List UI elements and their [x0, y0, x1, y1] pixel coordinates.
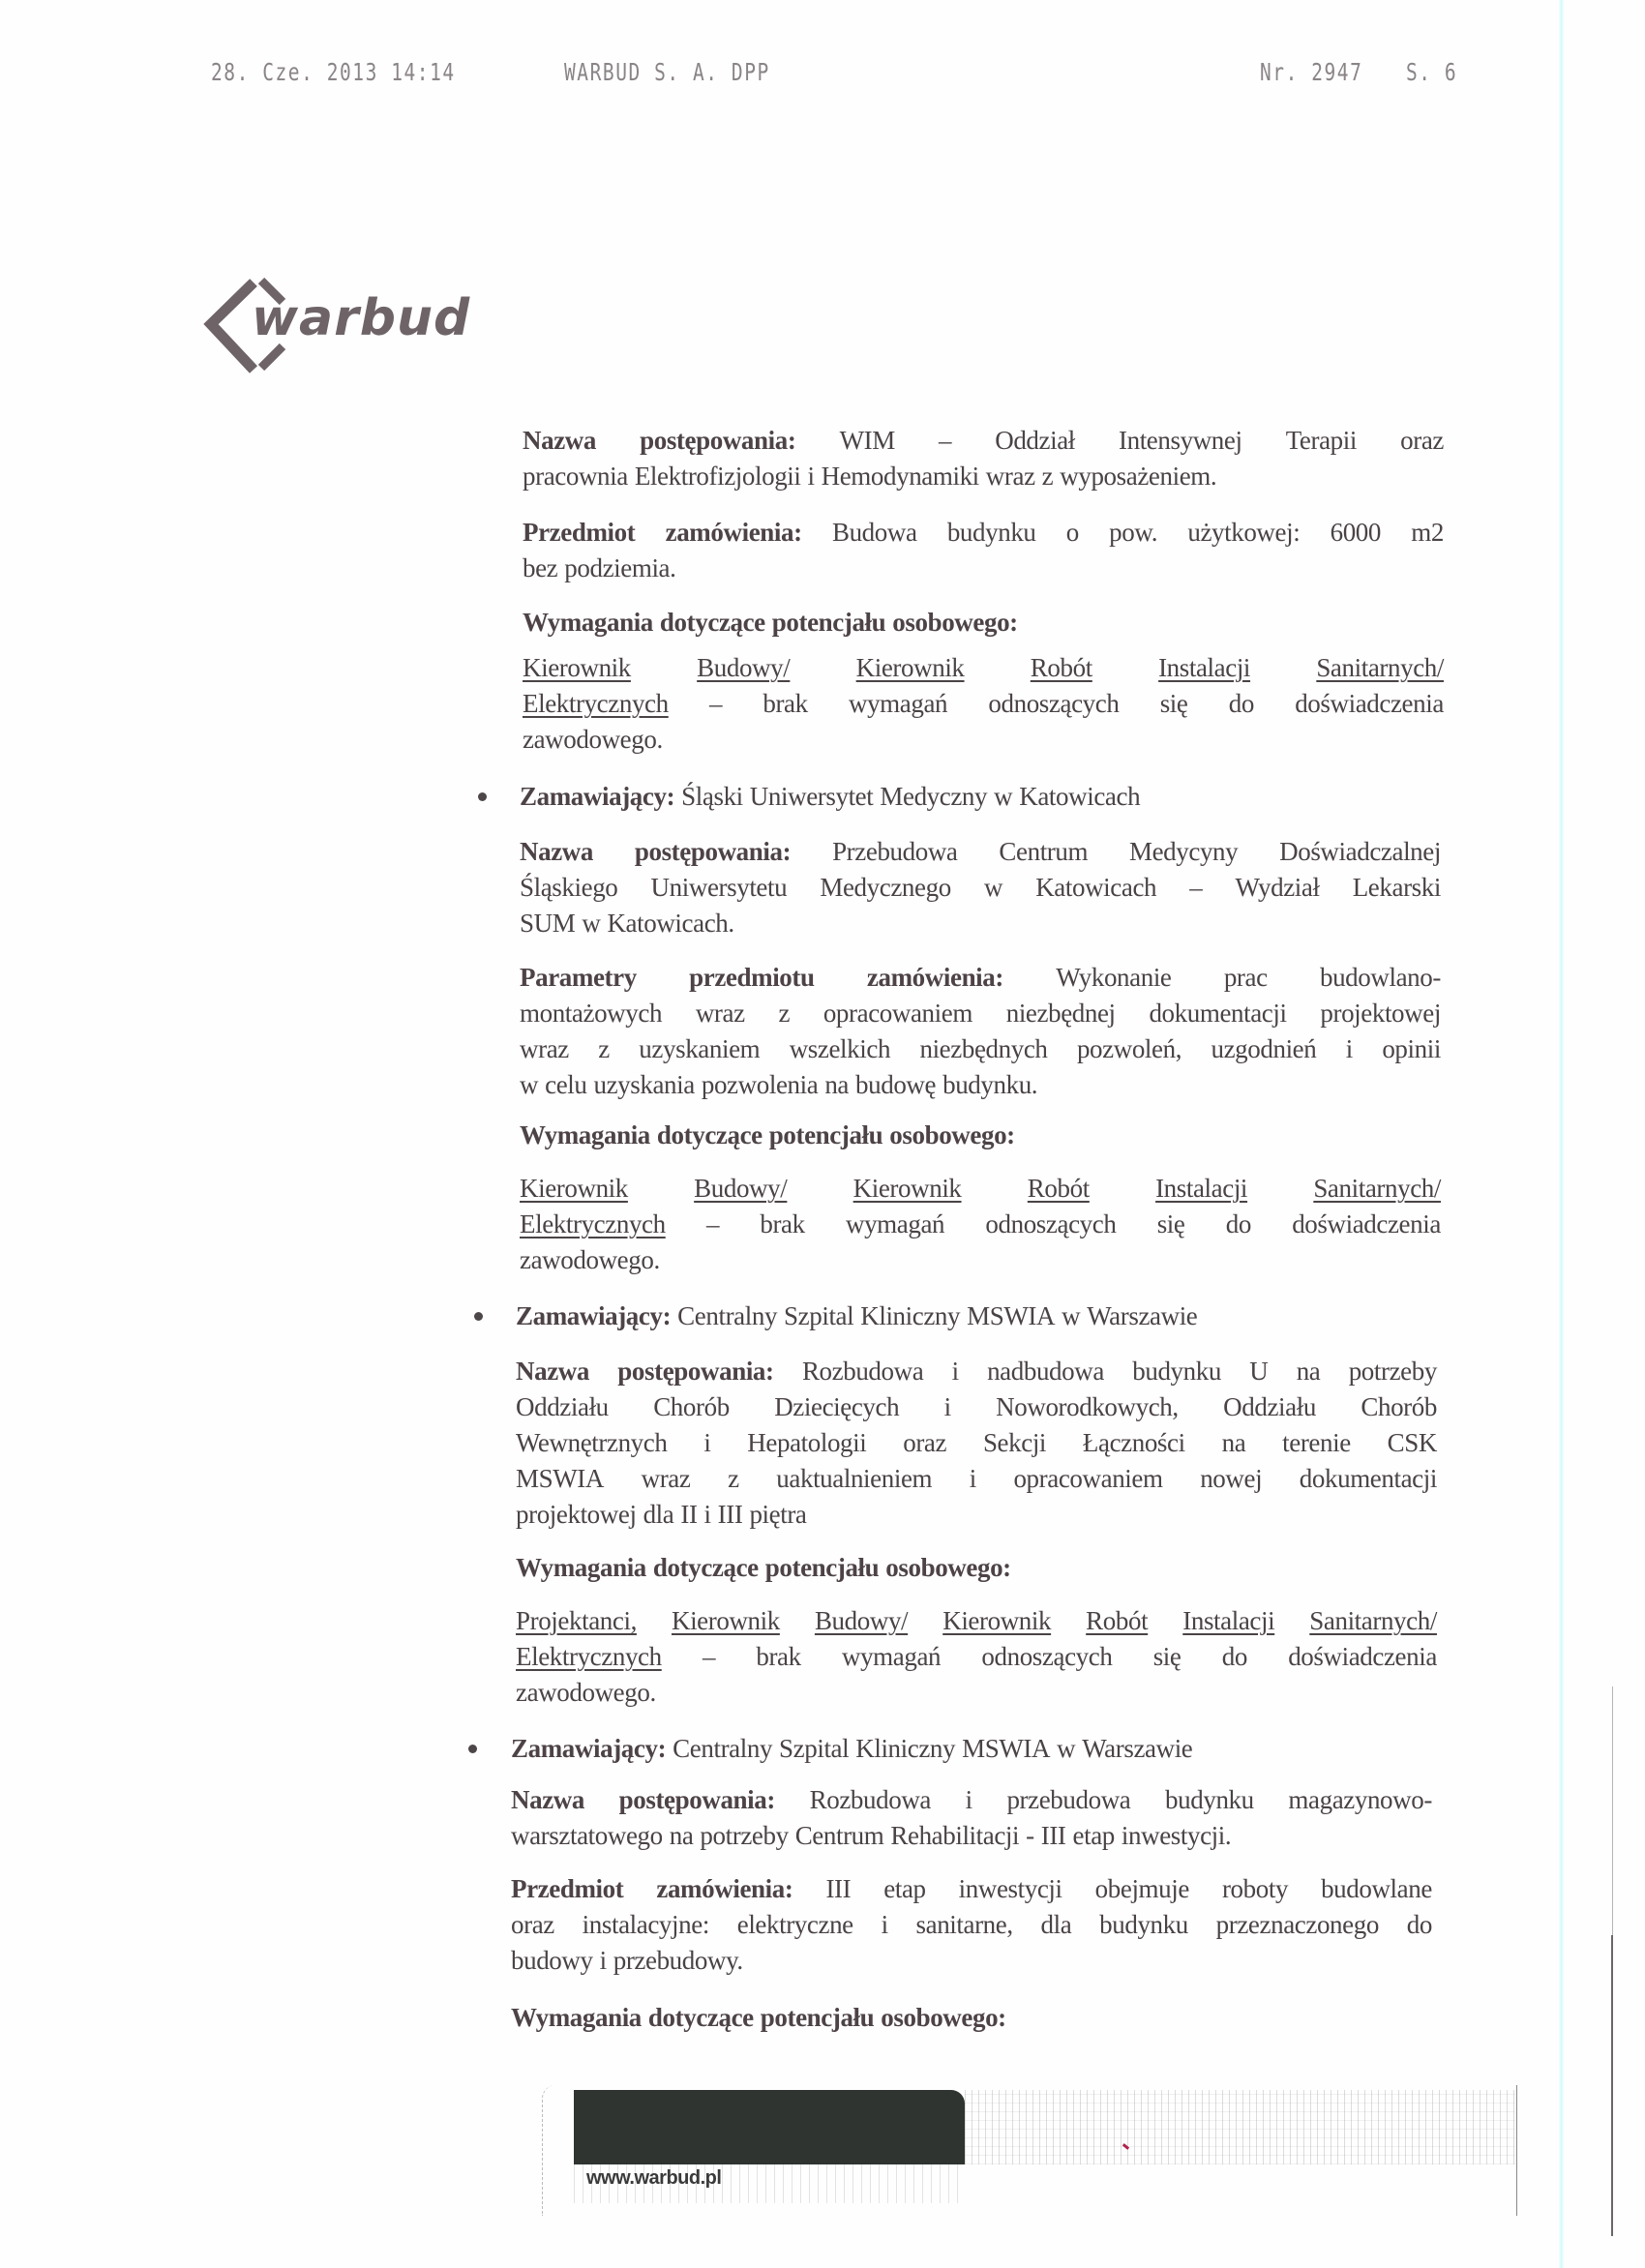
field-label: Wymagania: [520, 1118, 650, 1153]
text-word: Centralny: [673, 1731, 772, 1767]
field-label: zamówienia:: [666, 515, 802, 551]
text-line: budowyiprzebudowy.: [511, 1943, 1432, 1979]
text-word: Przebudowa: [832, 834, 957, 870]
paragraph: Wymaganiadotyczącepotencjałuosobowego:: [511, 2000, 1432, 2036]
text-word: oraz: [511, 1907, 554, 1943]
text-word: etap: [883, 1871, 925, 1907]
field-label: postępowania:: [617, 1354, 773, 1389]
text-word: instalacyjne:: [583, 1907, 709, 1943]
field-label: Parametry: [520, 960, 637, 996]
text-word: dokumentacji: [1149, 996, 1286, 1031]
field-label: dotyczące: [657, 1118, 763, 1153]
paragraph: Zamawiający:ŚląskiUniwersytetMedycznywKa…: [520, 779, 1441, 815]
text-word: Śląski: [681, 779, 743, 815]
bullet-icon: [474, 1312, 483, 1321]
text-word: Chorób: [653, 1389, 730, 1425]
text-word: nowej: [1200, 1461, 1262, 1497]
text-word: opinii: [1382, 1031, 1441, 1067]
field-label: osobowego:: [885, 1550, 1011, 1586]
role-name: Elektrycznych: [516, 1639, 662, 1675]
text-line: Nazwapostępowania:Rozbudowaiprzebudowabu…: [511, 1782, 1432, 1818]
text-word: III: [718, 1497, 743, 1533]
footer-url[interactable]: www.warbud.pl: [586, 2167, 721, 2190]
text-word: w: [520, 1067, 538, 1103]
text-word: Oddziału: [1223, 1389, 1316, 1425]
text-word: projektowej: [1320, 996, 1441, 1031]
text-line: zawodowego.: [523, 722, 1444, 758]
text-word: Szpital: [784, 1298, 853, 1334]
text-line: Wymaganiadotyczącepotencjałuosobowego:: [511, 2000, 1432, 2036]
text-line: Zamawiający:CentralnySzpitalKlinicznyMSW…: [516, 1298, 1437, 1334]
text-word: –: [706, 1207, 719, 1242]
text-word: Uniwersytet: [750, 779, 874, 815]
text-word: pozwoleń,: [1077, 1031, 1181, 1067]
field-label: Nazwa: [516, 1354, 589, 1389]
text-word: –: [703, 1639, 715, 1675]
field-label: osobowego:: [881, 2000, 1006, 2036]
text-word: uzgodnień: [1211, 1031, 1317, 1067]
field-label: postępowania:: [640, 423, 795, 459]
text-word: w: [984, 870, 1002, 906]
text-word: Medycyny: [1129, 834, 1238, 870]
text-word: wyposażeniem.: [1060, 459, 1216, 494]
text-word: potrzeby: [1349, 1354, 1437, 1389]
text-word: dla: [643, 1497, 674, 1533]
text-word: Dziecięcych: [774, 1389, 899, 1425]
text-word: wszelkich: [790, 1031, 890, 1067]
text-word: obejmuje: [1095, 1871, 1189, 1907]
text-word: Oddziału: [516, 1389, 609, 1425]
text-word: Rozbudowa: [810, 1782, 931, 1818]
logo-wordmark: warbud: [252, 289, 470, 347]
text-word: Szpital: [779, 1731, 849, 1767]
text-word: na: [670, 1818, 694, 1854]
text-line: Nazwapostępowania:PrzebudowaCentrumMedyc…: [520, 834, 1441, 870]
paragraph: Wymaganiadotyczącepotencjałuosobowego:: [523, 605, 1444, 641]
text-word: z: [598, 1031, 610, 1067]
text-word: Centrum: [795, 1818, 884, 1854]
text-word: wraz: [986, 459, 1035, 494]
text-word: z: [728, 1461, 739, 1497]
role-name: Sanitarnych/: [1309, 1603, 1437, 1639]
text-word: –: [1189, 870, 1202, 906]
text-word: Doświadczalnej: [1279, 834, 1441, 870]
text-word: WIM: [840, 423, 895, 459]
text-word: do: [1407, 1907, 1432, 1943]
paragraph: Przedmiotzamówienia:Budowabudynkuopow.uż…: [523, 515, 1444, 586]
text-word: o: [1066, 515, 1079, 551]
text-word: odnoszących: [981, 1639, 1112, 1675]
text-word: z: [778, 996, 790, 1031]
text-word: magazynowo-: [1288, 1782, 1432, 1818]
text-word: prac: [1224, 960, 1268, 996]
text-word: Katowicach.: [607, 906, 733, 941]
text-word: zawodowego.: [523, 722, 663, 758]
text-word: montażowych: [520, 996, 662, 1031]
text-word: się: [1153, 1639, 1181, 1675]
text-word: Noworodkowych,: [996, 1389, 1179, 1425]
text-word: –: [709, 686, 722, 722]
text-word: i: [600, 1943, 607, 1979]
field-label: przedmiotu: [689, 960, 814, 996]
text-word: budowy: [511, 1943, 593, 1979]
role-name: Budowy/: [694, 1171, 787, 1207]
text-line: wrazzuzyskaniemwszelkichniezbędnychpozwo…: [520, 1031, 1441, 1067]
text-word: dokumentacji: [1300, 1461, 1437, 1497]
text-word: II: [680, 1497, 697, 1533]
text-word: Elektrofizjologii: [635, 459, 801, 494]
field-label: potencjału: [765, 1550, 880, 1586]
role-name: Kierownik: [853, 1171, 962, 1207]
margin-rule-bold: [1611, 1935, 1613, 2236]
text-word: opracowaniem: [823, 996, 972, 1031]
text-line: WewnętrznychiHepatologiiorazSekcjiŁączno…: [516, 1425, 1437, 1461]
text-line: OddziałuChoróbDziecięcychiNoworodkowych,…: [516, 1389, 1437, 1425]
field-label: Przedmiot: [511, 1871, 623, 1907]
text-line: Wymaganiadotyczącepotencjałuosobowego:: [520, 1118, 1441, 1153]
text-word: użytkowej:: [1187, 515, 1300, 551]
field-label: Przedmiot: [523, 515, 635, 551]
paragraph: Projektanci,KierownikBudowy/KierownikRob…: [516, 1603, 1437, 1711]
text-word: brak: [756, 1639, 800, 1675]
paragraph: Nazwapostępowania:Rozbudowaiprzebudowabu…: [511, 1782, 1432, 1854]
text-line: Parametryprzedmiotuzamówienia:Wykonaniep…: [520, 960, 1441, 996]
warbud-logo: warbud: [203, 273, 493, 379]
text-word: Kliniczny: [860, 1298, 960, 1334]
text-word: budynku: [947, 515, 1036, 551]
text-word: inwestycji.: [1122, 1818, 1231, 1854]
text-word: Centrum: [999, 834, 1088, 870]
text-word: niezbędnych: [919, 1031, 1047, 1067]
text-line: Elektrycznych–brakwymagańodnoszącychsięd…: [516, 1639, 1437, 1675]
text-line: Nazwapostępowania:WIM–OddziałIntensywnej…: [523, 423, 1444, 459]
text-word: odnoszących: [985, 1207, 1116, 1242]
text-line: Projektanci,KierownikBudowy/KierownikRob…: [516, 1603, 1437, 1639]
text-word: podziemia.: [564, 551, 675, 586]
text-line: zawodowego.: [520, 1242, 1441, 1278]
field-label: zamówienia:: [867, 960, 1003, 996]
text-word: brak: [763, 686, 807, 722]
text-word: m2: [1411, 515, 1444, 551]
text-line: bezpodziemia.: [523, 551, 1444, 586]
text-word: projektowej: [516, 1497, 637, 1533]
role-name: Elektrycznych: [520, 1207, 666, 1242]
role-name: Instalacji: [1158, 650, 1250, 686]
text-word: Hemodynamiki: [822, 459, 979, 494]
text-word: Terapii: [1286, 423, 1357, 459]
text-word: Warszawie: [1087, 1298, 1197, 1334]
paragraph: Zamawiający:CentralnySzpitalKlinicznyMSW…: [511, 1731, 1432, 1767]
field-label: Zamawiający:: [511, 1731, 666, 1767]
role-name: Projektanci,: [516, 1603, 637, 1639]
text-word: uzyskania: [593, 1067, 694, 1103]
text-line: Przedmiotzamówienia:IIIetapinwestycjiobe…: [511, 1871, 1432, 1907]
field-label: Zamawiający:: [516, 1298, 671, 1334]
text-word: piętra: [749, 1497, 806, 1533]
text-word: -: [1026, 1818, 1034, 1854]
text-word: Łączności: [1083, 1425, 1185, 1461]
text-word: zawodowego.: [520, 1242, 660, 1278]
text-word: do: [1226, 1207, 1251, 1242]
text-word: 6000: [1331, 515, 1381, 551]
text-word: Sekcji: [983, 1425, 1046, 1461]
field-label: Nazwa: [511, 1782, 584, 1818]
paragraph: Wymaganiadotyczącepotencjałuosobowego:: [520, 1118, 1441, 1153]
text-word: opracowaniem: [1013, 1461, 1162, 1497]
text-word: zawodowego.: [516, 1675, 656, 1711]
text-word: w: [994, 779, 1012, 815]
text-word: oraz: [903, 1425, 946, 1461]
text-word: i: [882, 1907, 888, 1943]
paragraph: Nazwapostępowania:PrzebudowaCentrumMedyc…: [520, 834, 1441, 941]
text-line: Zamawiający:ŚląskiUniwersytetMedycznywKa…: [520, 779, 1441, 815]
text-word: i: [808, 459, 815, 494]
text-word: w: [582, 906, 600, 941]
text-word: Chorób: [1361, 1389, 1437, 1425]
text-word: na: [1222, 1425, 1246, 1461]
text-word: doświadczenia: [1295, 686, 1444, 722]
footer-banner: [574, 2090, 965, 2164]
text-word: budynku: [1165, 1782, 1254, 1818]
text-word: Wydział: [1236, 870, 1320, 906]
text-word: budynku.: [942, 1067, 1037, 1103]
paragraph: Nazwapostępowania:WIM–OddziałIntensywnej…: [523, 423, 1444, 494]
text-word: doświadczenia: [1292, 1207, 1441, 1242]
text-word: inwestycji: [959, 1871, 1062, 1907]
text-word: etap: [1073, 1818, 1115, 1854]
text-word: odnoszących: [988, 686, 1119, 722]
text-word: elektryczne: [737, 1907, 853, 1943]
text-line: Zamawiający:CentralnySzpitalKlinicznyMSW…: [511, 1731, 1432, 1767]
text-line: Elektrycznych–brakwymagańodnoszącychsięd…: [523, 686, 1444, 722]
text-word: budowlane: [1321, 1871, 1432, 1907]
paragraph: Parametryprzedmiotuzamówienia:Wykonaniep…: [520, 960, 1441, 1103]
text-word: Centralny: [677, 1298, 777, 1334]
scan-edge-line: [1559, 0, 1564, 2268]
text-word: III: [825, 1871, 851, 1907]
text-word: i: [703, 1425, 710, 1461]
role-name: Budowy/: [697, 650, 790, 686]
text-word: pow.: [1109, 515, 1157, 551]
fax-page: S. 6: [1406, 58, 1457, 87]
text-line: Elektrycznych–brakwymagańodnoszącychsięd…: [520, 1207, 1441, 1242]
field-label: postępowania:: [635, 834, 791, 870]
text-word: Śląskiego: [520, 870, 617, 906]
text-word: w: [1057, 1731, 1075, 1767]
text-word: Lekarski: [1353, 870, 1441, 906]
text-word: i: [966, 1782, 972, 1818]
role-name: Sanitarnych/: [1313, 1171, 1441, 1207]
paragraph: Nazwapostępowania:Rozbudowainadbudowabud…: [516, 1354, 1437, 1533]
text-word: się: [1160, 686, 1188, 722]
field-label: dotyczące: [660, 605, 765, 641]
text-word: wymagań: [846, 1207, 944, 1242]
field-label: osobowego:: [889, 1118, 1015, 1153]
text-word: SUM: [520, 906, 575, 941]
text-word: sanitarne,: [916, 1907, 1013, 1943]
paragraph: KierownikBudowy/KierownikRobótInstalacji…: [520, 1171, 1441, 1278]
text-word: do: [1229, 686, 1254, 722]
text-word: terenie: [1282, 1425, 1351, 1461]
text-word: Rehabilitacji: [890, 1818, 1019, 1854]
role-name: Robót: [1028, 1171, 1090, 1207]
text-word: Rozbudowa: [802, 1354, 923, 1389]
role-name: Sanitarnych/: [1316, 650, 1444, 686]
text-word: Wykonanie: [1056, 960, 1171, 996]
text-word: MSWIA: [516, 1461, 604, 1497]
field-label: osobowego:: [892, 605, 1018, 641]
text-word: budowę: [855, 1067, 936, 1103]
text-line: orazinstalacyjne:elektryczneisanitarne,d…: [511, 1907, 1432, 1943]
field-label: dotyczące: [648, 2000, 754, 2036]
text-line: MSWIAwrazzuaktualnieniemiopracowaniemnow…: [516, 1461, 1437, 1497]
role-name: Kierownik: [520, 1171, 628, 1207]
text-word: Budowa: [832, 515, 917, 551]
role-name: Instalacji: [1182, 1603, 1274, 1639]
text-word: Uniwersytetu: [651, 870, 788, 906]
text-line: pracowniaElektrofizjologiiiHemodynamikiw…: [523, 459, 1444, 494]
field-label: Nazwa: [520, 834, 593, 870]
text-word: pozwolenia: [702, 1067, 818, 1103]
field-label: potencjału: [761, 2000, 875, 2036]
text-word: MSWIA: [967, 1298, 1055, 1334]
text-line: KierownikBudowy/KierownikRobótInstalacji…: [520, 1171, 1441, 1207]
field-label: Wymagania: [523, 605, 653, 641]
field-label: postępowania:: [619, 1782, 775, 1818]
role-name: Kierownik: [942, 1603, 1051, 1639]
text-word: na: [824, 1067, 849, 1103]
text-word: budynku: [1099, 1907, 1188, 1943]
role-name: Robót: [1031, 650, 1092, 686]
field-label: Nazwa: [523, 423, 596, 459]
role-name: Instalacji: [1155, 1171, 1247, 1207]
text-word: uzyskaniem: [639, 1031, 760, 1067]
margin-rule: [1612, 1686, 1613, 1935]
text-line: warsztatowegonapotrzebyCentrumRehabilita…: [511, 1818, 1432, 1854]
text-word: warsztatowego: [511, 1818, 663, 1854]
text-word: Hepatologii: [747, 1425, 866, 1461]
fax-number: Nr. 2947: [1260, 58, 1362, 87]
text-word: roboty: [1222, 1871, 1288, 1907]
paragraph: Zamawiający:CentralnySzpitalKlinicznyMSW…: [516, 1298, 1437, 1334]
text-word: na: [1297, 1354, 1321, 1389]
text-line: Przedmiotzamówienia:Budowabudynkuopow.uż…: [523, 515, 1444, 551]
text-word: brak: [760, 1207, 804, 1242]
text-word: bez: [523, 551, 557, 586]
text-word: Intensywnej: [1119, 423, 1242, 459]
paragraph: Przedmiotzamówienia:IIIetapinwestycjiobe…: [511, 1871, 1432, 1979]
text-word: uaktualnieniem: [776, 1461, 932, 1497]
role-name: Kierownik: [856, 650, 965, 686]
text-word: wymagań: [849, 686, 947, 722]
text-word: budowlano-: [1320, 960, 1441, 996]
field-label: potencjału: [769, 1118, 883, 1153]
role-name: Kierownik: [672, 1603, 780, 1639]
text-word: wraz: [642, 1461, 691, 1497]
text-word: i: [970, 1461, 976, 1497]
text-line: wceluuzyskaniapozwolenianabudowębudynku.: [520, 1067, 1441, 1103]
text-word: przeznaczonego: [1216, 1907, 1379, 1943]
text-word: i: [704, 1497, 711, 1533]
text-word: przebudowa: [1006, 1782, 1130, 1818]
text-word: U: [1249, 1354, 1268, 1389]
text-word: Katowicach: [1019, 779, 1140, 815]
text-line: KierownikBudowy/KierownikRobótInstalacji…: [523, 650, 1444, 686]
text-word: celu: [545, 1067, 586, 1103]
text-word: III: [1041, 1818, 1066, 1854]
text-word: –: [939, 423, 951, 459]
text-word: przebudowy.: [613, 1943, 743, 1979]
text-word: i: [1346, 1031, 1353, 1067]
text-word: Katowicach: [1035, 870, 1156, 906]
text-word: niezbędnej: [1006, 996, 1116, 1031]
text-word: do: [1222, 1639, 1247, 1675]
footer-scan-noise: [965, 2090, 1515, 2164]
text-word: i: [944, 1389, 951, 1425]
text-line: ŚląskiegoUniwersytetuMedycznegowKatowica…: [520, 870, 1441, 906]
text-word: Wewnętrznych: [516, 1425, 667, 1461]
field-label: zamówienia:: [656, 1871, 793, 1907]
paragraph: Wymaganiadotyczącepotencjałuosobowego:: [516, 1550, 1437, 1586]
text-word: CSK: [1388, 1425, 1437, 1461]
text-word: Medycznego: [820, 870, 950, 906]
text-word: się: [1157, 1207, 1185, 1242]
text-line: zawodowego.: [516, 1675, 1437, 1711]
text-word: Warszawie: [1082, 1731, 1192, 1767]
text-word: Medyczny: [880, 779, 987, 815]
text-word: doświadczenia: [1288, 1639, 1437, 1675]
text-line: Nazwapostępowania:Rozbudowainadbudowabud…: [516, 1354, 1437, 1389]
text-word: wraz: [520, 1031, 569, 1067]
text-word: wraz: [696, 996, 745, 1031]
text-word: w: [1062, 1298, 1080, 1334]
role-name: Kierownik: [523, 650, 631, 686]
field-label: Zamawiający:: [520, 779, 674, 815]
text-word: dla: [1041, 1907, 1072, 1943]
text-word: nadbudowa: [987, 1354, 1104, 1389]
field-label: Wymagania: [516, 1550, 646, 1586]
text-word: Kliniczny: [855, 1731, 955, 1767]
fax-date: 28. Cze. 2013 14:14: [211, 58, 456, 87]
text-word: Oddział: [995, 423, 1075, 459]
text-word: MSWIA: [962, 1731, 1050, 1767]
field-label: Wymagania: [511, 2000, 642, 2036]
text-word: pracownia: [523, 459, 628, 494]
text-word: budynku: [1132, 1354, 1221, 1389]
field-label: dotyczące: [653, 1550, 759, 1586]
paragraph: KierownikBudowy/KierownikRobótInstalacji…: [523, 650, 1444, 758]
text-word: z: [1042, 459, 1054, 494]
text-line: montażowychwrazzopracowaniemniezbędnejdo…: [520, 996, 1441, 1031]
role-name: Elektrycznych: [523, 686, 669, 722]
role-name: Robót: [1086, 1603, 1148, 1639]
bullet-icon: [468, 1745, 477, 1753]
bullet-icon: [478, 792, 487, 801]
text-word: wymagań: [842, 1639, 941, 1675]
text-line: Wymaganiadotyczącepotencjałuosobowego:: [523, 605, 1444, 641]
text-line: Wymaganiadotyczącepotencjałuosobowego:: [516, 1550, 1437, 1586]
text-line: projektowejdlaIIiIIIpiętra: [516, 1497, 1437, 1533]
field-label: potencjału: [772, 605, 886, 641]
fax-sender: WARBUD S. A. DPP: [564, 58, 770, 87]
text-line: SUMwKatowicach.: [520, 906, 1441, 941]
text-word: potrzeby: [700, 1818, 788, 1854]
role-name: Budowy/: [815, 1603, 908, 1639]
text-word: oraz: [1400, 423, 1444, 459]
text-word: i: [952, 1354, 959, 1389]
